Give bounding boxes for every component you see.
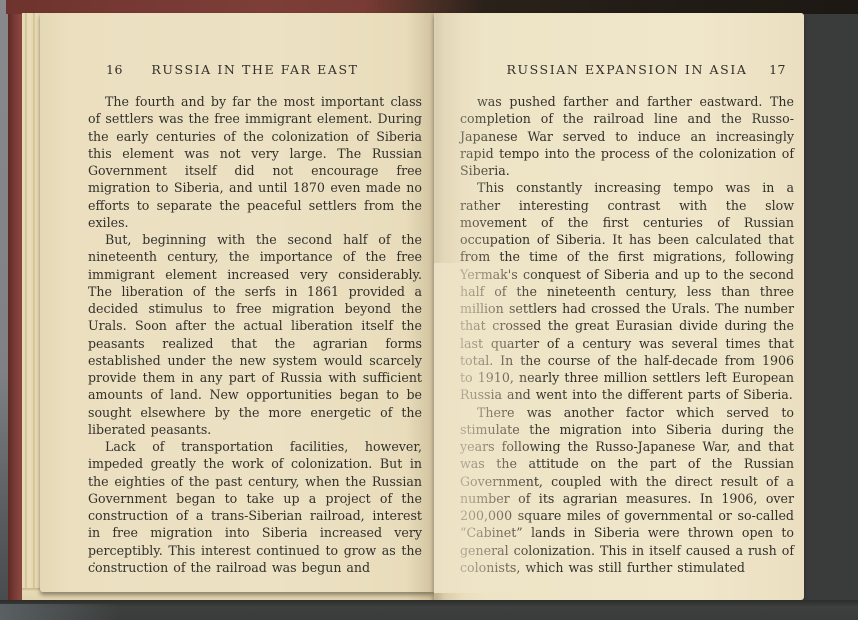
right-running-title: RUSSIAN EXPANSION IN ASIA: [460, 62, 794, 77]
fore-edge-page-stack: [800, 12, 858, 608]
left-running-title: RUSSIA IN THE FAR EAST: [88, 62, 422, 77]
open-book-photo: 16 RUSSIA IN THE FAR EAST The fourth and…: [0, 0, 858, 620]
book-cover-top-edge: [6, 0, 858, 14]
paragraph: There was another factor which served to…: [460, 404, 794, 577]
right-body-text: was pushed farther and farther eastward.…: [460, 93, 794, 576]
paragraph: But, beginning with the second half of t…: [88, 231, 422, 438]
paragraph: The fourth and by far the most important…: [88, 93, 422, 231]
left-page-text: 16 RUSSIA IN THE FAR EAST The fourth and…: [88, 62, 422, 576]
paragraph: was pushed farther and farther eastward.…: [460, 93, 794, 179]
table-background-bottom: [0, 600, 858, 620]
paragraph: Lack of transportation facilities, howev…: [88, 438, 422, 576]
book-spread: 16 RUSSIA IN THE FAR EAST The fourth and…: [40, 13, 804, 600]
table-background-bottom-left: [0, 604, 120, 620]
left-body-text: The fourth and by far the most important…: [88, 93, 422, 576]
right-running-head: RUSSIAN EXPANSION IN ASIA 17: [460, 62, 794, 78]
right-page-number: 17: [769, 62, 786, 77]
left-running-head: 16 RUSSIA IN THE FAR EAST: [88, 62, 422, 78]
paragraph: This constantly increasing tempo was in …: [460, 179, 794, 403]
stray-print-mark: .: [92, 553, 96, 568]
right-page-text: RUSSIAN EXPANSION IN ASIA 17 was pushed …: [460, 62, 794, 576]
